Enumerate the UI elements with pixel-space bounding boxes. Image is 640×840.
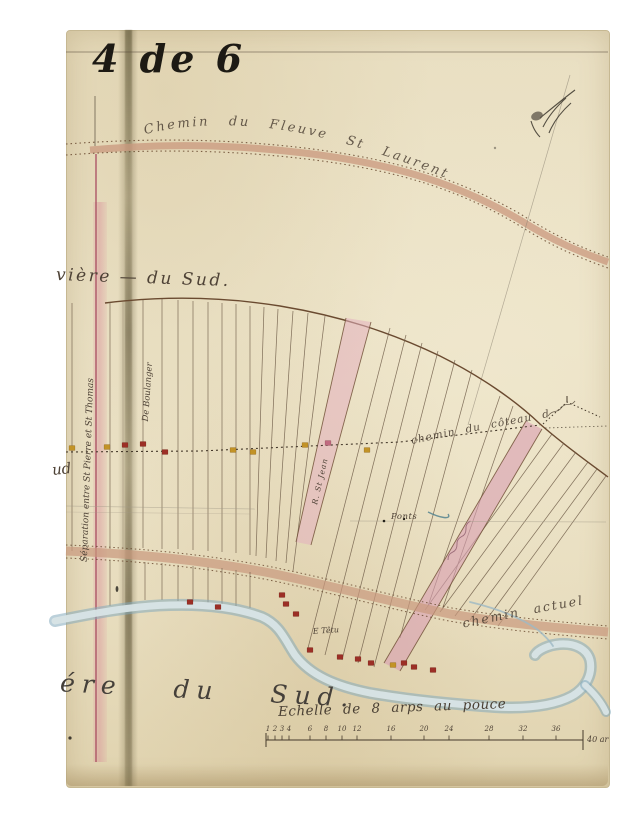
house-marker bbox=[307, 648, 313, 653]
road-chemin-fleuve bbox=[66, 140, 608, 268]
map-scan-page: 1234681012162024283236 Chemin du Fleuve … bbox=[0, 0, 640, 840]
label-tetu: E Têtu bbox=[312, 625, 340, 636]
scale-tick-label: 4 bbox=[286, 725, 291, 733]
scale-tick-label: 1 bbox=[266, 725, 270, 733]
route-wedge-1 bbox=[296, 318, 371, 545]
scale-tick-label: 2 bbox=[272, 725, 278, 733]
label-ponts: Ponts bbox=[390, 512, 417, 522]
house-marker bbox=[162, 450, 168, 455]
house-marker bbox=[368, 661, 374, 666]
house-marker bbox=[430, 668, 436, 673]
scale-tick-label: 28 bbox=[484, 725, 494, 733]
house-marker bbox=[104, 445, 110, 450]
house-marker bbox=[250, 450, 256, 455]
scale-tick-label: 10 bbox=[338, 725, 347, 733]
bird-doodle bbox=[530, 90, 575, 137]
house-marker bbox=[302, 443, 308, 448]
scale-tick-label: 24 bbox=[444, 725, 454, 733]
house-marker bbox=[364, 448, 370, 453]
scale-tick-label: 6 bbox=[308, 725, 313, 733]
scale-tick-label: 3 bbox=[280, 725, 285, 733]
parish-boundary-line bbox=[95, 96, 96, 762]
house-marker bbox=[390, 663, 396, 668]
label-sud-fragment: ud bbox=[51, 459, 72, 479]
scale-end-label: 40 ar bbox=[586, 735, 609, 744]
survey-line bbox=[468, 75, 570, 425]
house-marker bbox=[122, 443, 128, 448]
house-marker bbox=[293, 612, 299, 617]
house-marker bbox=[215, 605, 221, 610]
scale-tick-label: 32 bbox=[519, 725, 528, 733]
scale-bar: 1234681012162024283236 bbox=[266, 725, 583, 750]
house-marker bbox=[187, 600, 193, 605]
house-marker bbox=[69, 446, 75, 451]
house-marker bbox=[283, 602, 289, 607]
house-marker bbox=[337, 655, 343, 660]
house-marker bbox=[230, 448, 236, 453]
house-marker bbox=[355, 657, 361, 662]
house-marker bbox=[411, 665, 417, 670]
scale-tick-label: 16 bbox=[387, 725, 396, 733]
pencil-guidelines bbox=[66, 506, 606, 522]
house-marker bbox=[279, 593, 285, 598]
scale-tick-label: 36 bbox=[552, 725, 561, 733]
ink-specks bbox=[68, 147, 496, 740]
house-marker bbox=[401, 661, 407, 666]
scale-tick-label: 12 bbox=[353, 725, 362, 733]
house-marker bbox=[325, 441, 331, 446]
scale-tick-label: 20 bbox=[419, 725, 429, 733]
route-wedge-2 bbox=[384, 421, 542, 671]
scale-tick-label: 8 bbox=[324, 725, 329, 733]
sheet-number-label: 4 de 6 bbox=[92, 36, 246, 81]
